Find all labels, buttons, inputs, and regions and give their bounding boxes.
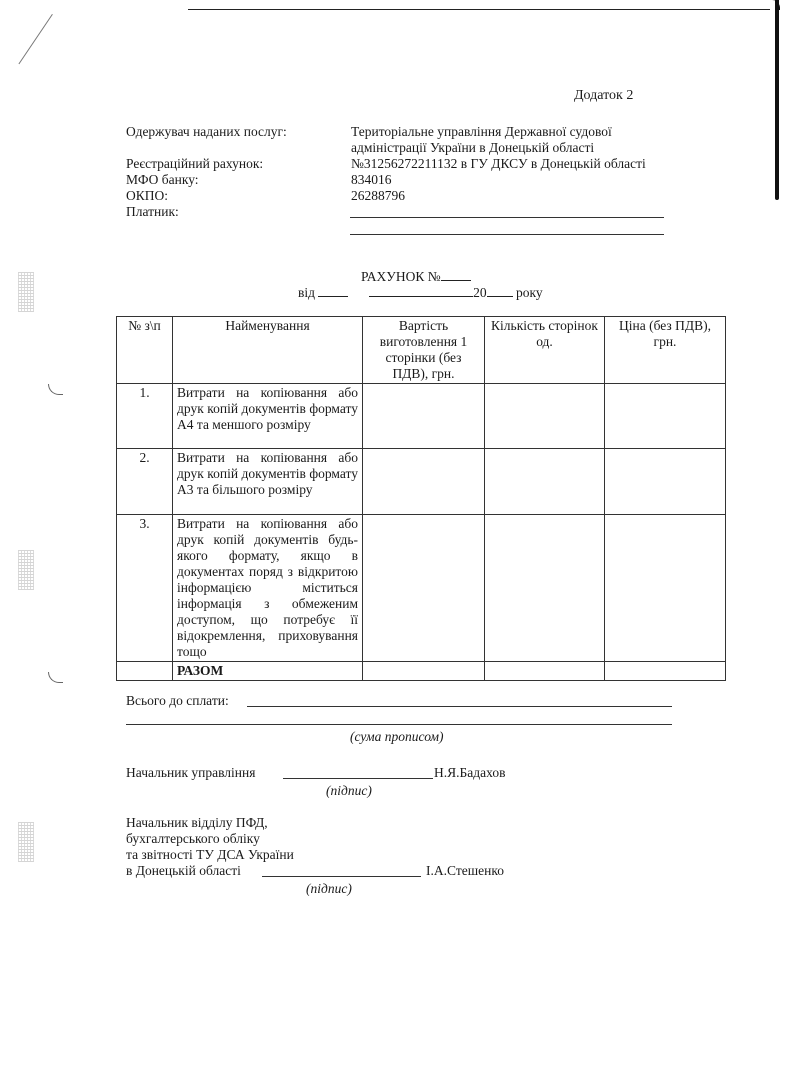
year-prefix: 20 <box>473 285 487 300</box>
okpo-label: ОКПО: <box>126 188 168 204</box>
total-pages-cell[interactable] <box>485 662 605 681</box>
col-header-price: Ціна (без ПДВ), грн. <box>605 317 726 384</box>
row-number: 3. <box>117 515 173 662</box>
head-signature-caption: (підпис) <box>326 783 372 799</box>
invoice-number-field[interactable] <box>441 268 471 281</box>
table-row: 3. Витрати на копіювання або друк копій … <box>117 515 726 662</box>
invoice-title: РАХУНОК № <box>361 268 471 285</box>
row-name: Витрати на копіювання або друк копій док… <box>173 449 363 515</box>
table-header-row: № з\п Найменування Вартість виготовлення… <box>117 317 726 384</box>
date-month-field[interactable] <box>369 284 473 297</box>
payer-field-line1[interactable] <box>350 204 664 218</box>
scan-artifact <box>18 272 34 312</box>
head-title: Начальник управління <box>126 765 255 781</box>
row-name: Витрати на копіювання або друк копій док… <box>173 515 363 662</box>
col-header-name: Найменування <box>173 317 363 384</box>
row-number: 2. <box>117 449 173 515</box>
row-unit-cost-cell[interactable] <box>363 449 485 515</box>
total-due-label: Всього до сплати: <box>126 693 229 709</box>
accountant-title-line3: та звітності ТУ ДСА України <box>126 847 294 863</box>
row-name: Витрати на копіювання або друк копій док… <box>173 384 363 449</box>
accountant-name: І.А.Стешенко <box>426 863 504 879</box>
invoice-title-text: РАХУНОК № <box>361 269 441 284</box>
punch-hole-mark <box>48 672 63 683</box>
mfo-label: МФО банку: <box>126 172 199 188</box>
mfo-value: 834016 <box>351 172 392 188</box>
date-year-field[interactable] <box>487 284 513 297</box>
row-pages-cell[interactable] <box>485 515 605 662</box>
account-value: №31256272211132 в ГУ ДКСУ в Донецькій об… <box>351 156 646 172</box>
head-signature-field[interactable] <box>283 765 433 779</box>
total-label: РАЗОМ <box>173 662 363 681</box>
invoice-date-line: від 20 року <box>298 284 543 301</box>
table-row: 2. Витрати на копіювання або друк копій … <box>117 449 726 515</box>
year-suffix: року <box>516 285 543 300</box>
scan-scratch <box>18 14 52 64</box>
punch-hole-mark <box>48 384 63 395</box>
row-unit-cost-cell[interactable] <box>363 515 485 662</box>
row-pages-cell[interactable] <box>485 449 605 515</box>
total-unit-cost-cell[interactable] <box>363 662 485 681</box>
total-price-cell[interactable] <box>605 662 726 681</box>
payer-label: Платник: <box>126 204 179 220</box>
col-header-number: № з\п <box>117 317 173 384</box>
recipient-label: Одержувач наданих послуг: <box>126 124 287 140</box>
scan-artifact <box>18 550 34 590</box>
invoice-table: № з\п Найменування Вартість виготовлення… <box>116 316 726 681</box>
total-due-field[interactable] <box>247 693 672 707</box>
accountant-title-line2: бухгалтерського обліку <box>126 831 260 847</box>
table-row: 1. Витрати на копіювання або друк копій … <box>117 384 726 449</box>
scan-right-edge <box>775 0 779 200</box>
col-header-pages: Кількість сторінок од. <box>485 317 605 384</box>
scan-top-edge <box>188 9 770 10</box>
amount-in-words-caption: (сума прописом) <box>350 729 444 745</box>
accountant-title-line4: в Донецькій області <box>126 863 241 879</box>
date-day-field[interactable] <box>318 284 348 297</box>
col-header-unit-cost: Вартість виготовлення 1 сторінки (без ПД… <box>363 317 485 384</box>
row-number: 1. <box>117 384 173 449</box>
appendix-label: Додаток 2 <box>574 88 633 104</box>
row-price-cell[interactable] <box>605 449 726 515</box>
accountant-signature-caption: (підпис) <box>306 881 352 897</box>
okpo-value: 26288796 <box>351 188 405 204</box>
head-name: Н.Я.Бадахов <box>434 765 505 781</box>
recipient-value-line2: адміністрації України в Донецькій област… <box>351 140 594 156</box>
row-price-cell[interactable] <box>605 384 726 449</box>
row-pages-cell[interactable] <box>485 384 605 449</box>
table-total-row: РАЗОМ <box>117 662 726 681</box>
recipient-value-line1: Територіальне управління Державної судов… <box>351 124 612 140</box>
account-label: Реєстраційний рахунок: <box>126 156 263 172</box>
amount-in-words-field[interactable] <box>126 711 672 725</box>
total-number-cell <box>117 662 173 681</box>
scan-artifact <box>18 822 34 862</box>
payer-field-line2[interactable] <box>350 221 664 235</box>
date-prefix: від <box>298 285 315 300</box>
accountant-signature-field[interactable] <box>262 863 421 877</box>
row-unit-cost-cell[interactable] <box>363 384 485 449</box>
accountant-title-line1: Начальник відділу ПФД, <box>126 815 268 831</box>
row-price-cell[interactable] <box>605 515 726 662</box>
